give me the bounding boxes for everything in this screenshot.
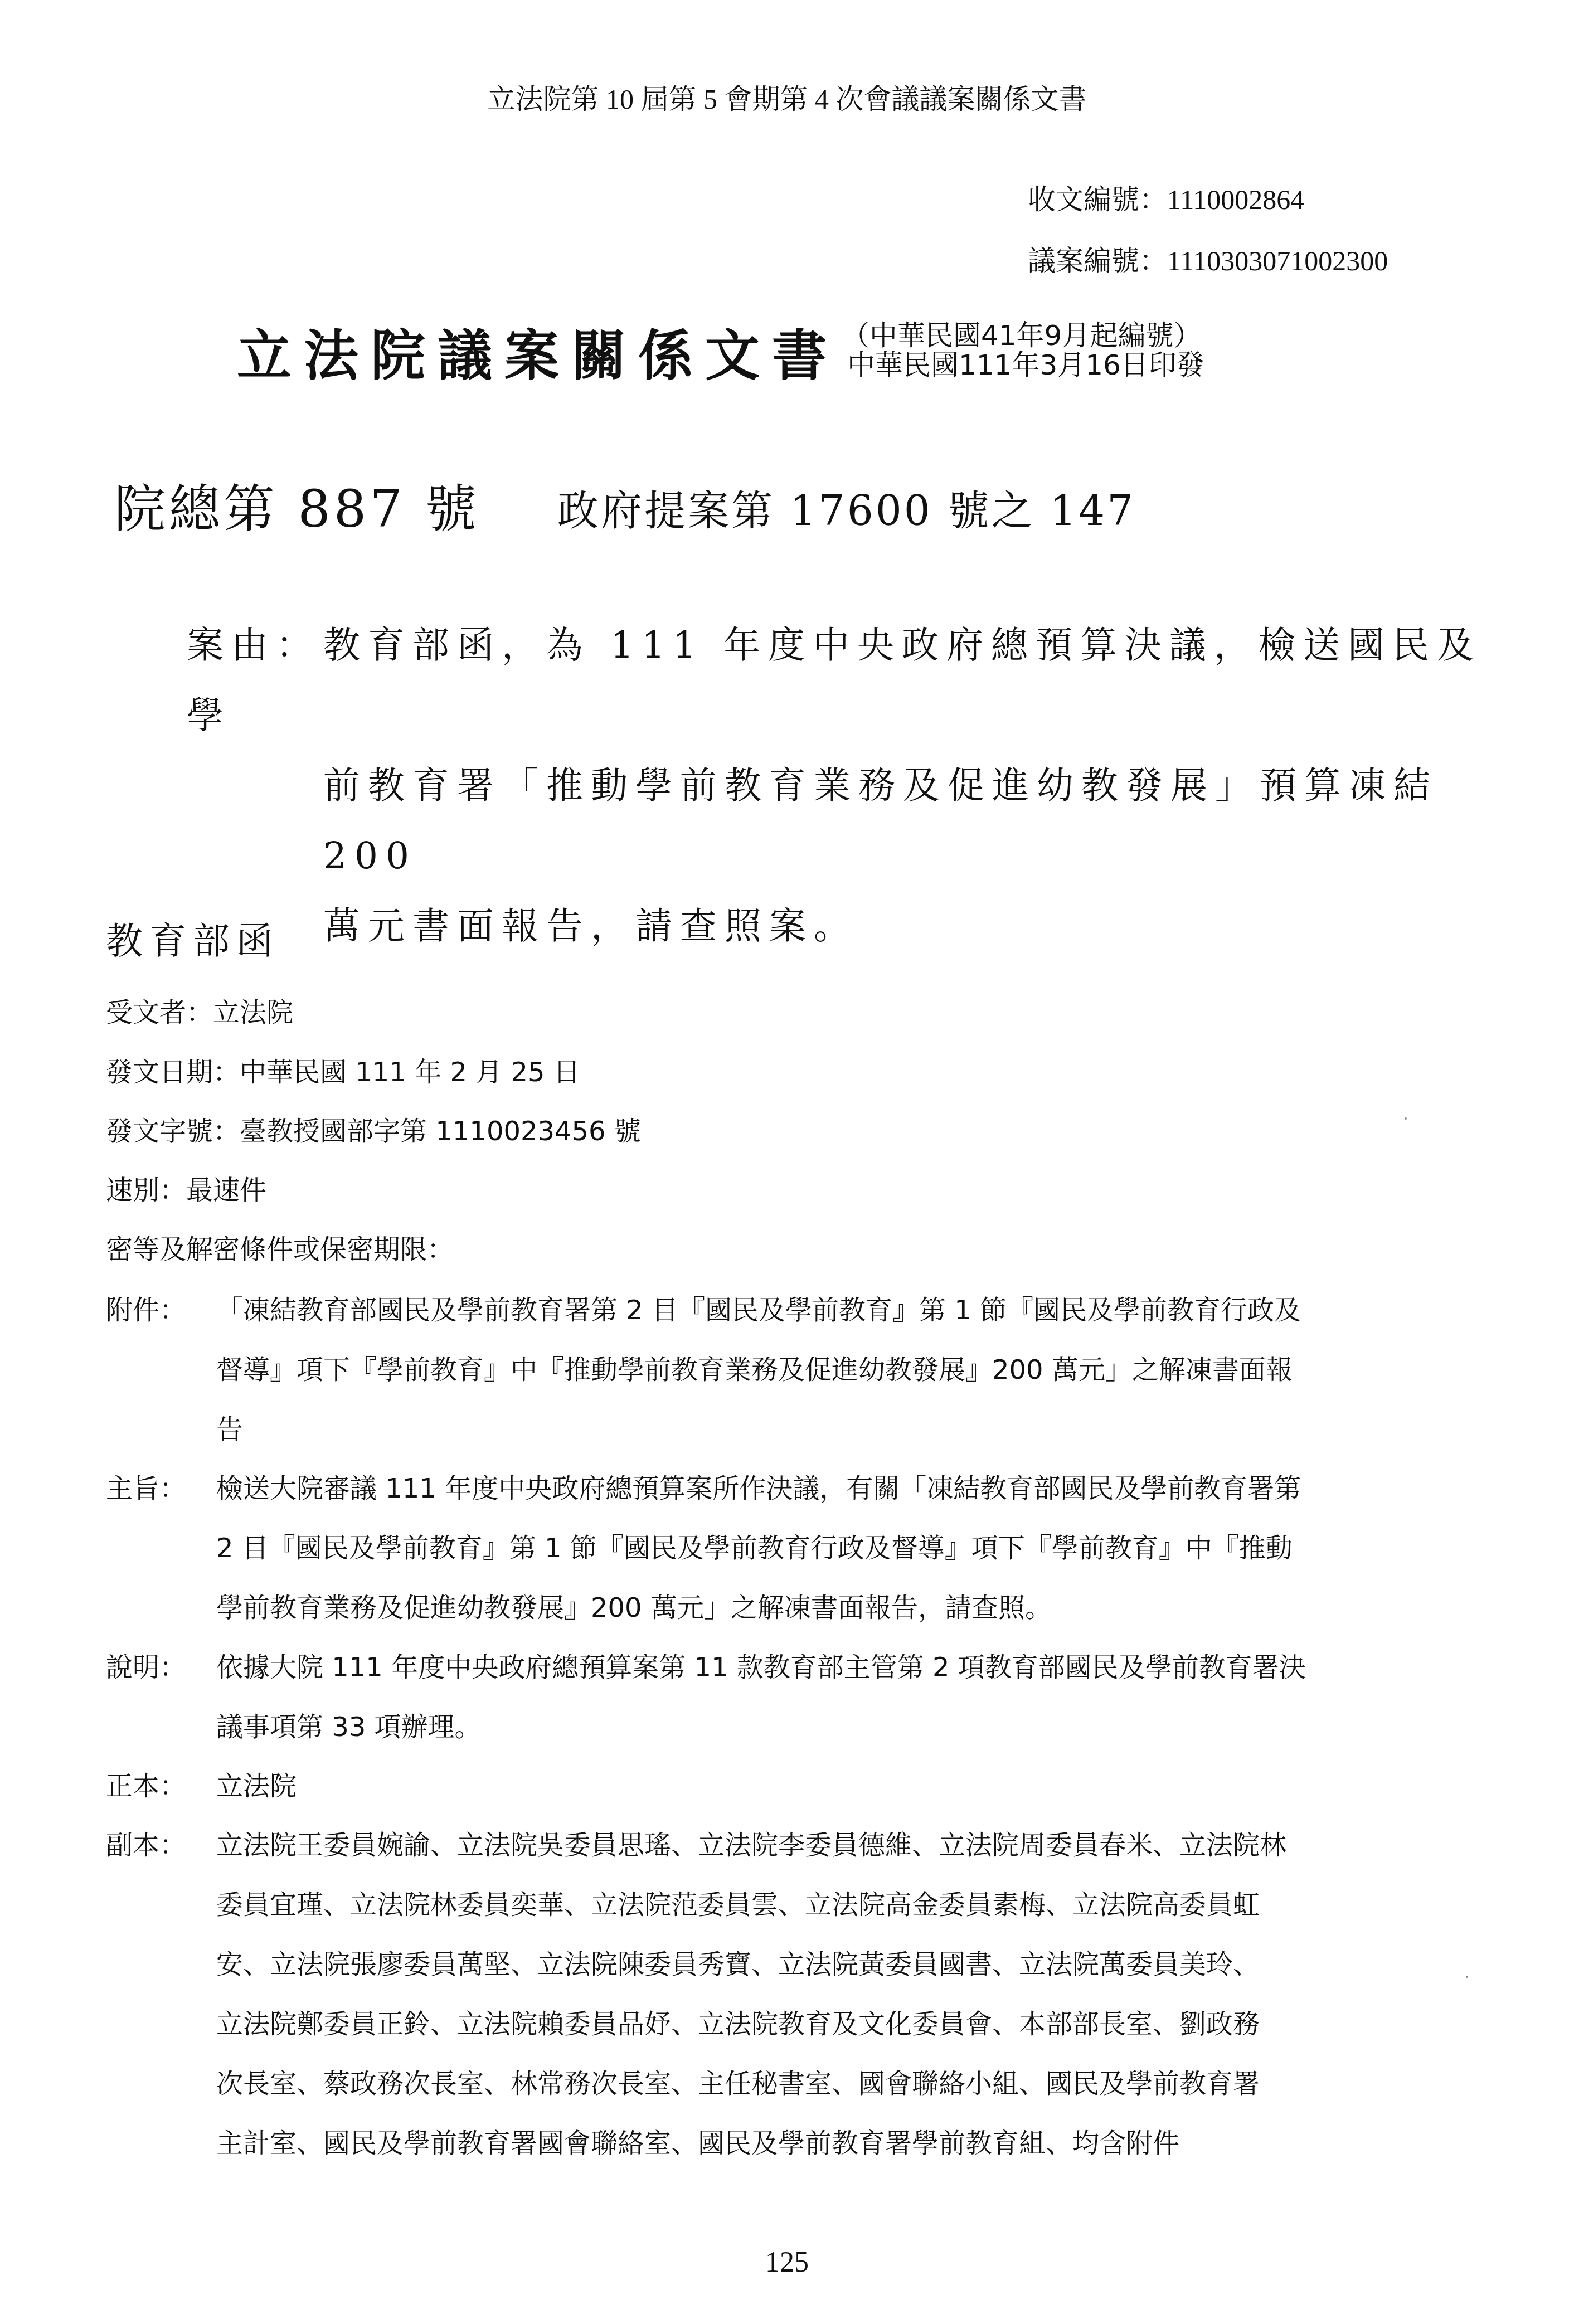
- subject-line: 2 目『國民及學前教育』第 1 節『國民及學前教育行政及督導』項下『學前教育』中…: [216, 1519, 1522, 1578]
- case-reason: 案由：教育部函，為 111 年度中央政府總預算決議，檢送國民及學 前教育署「推動…: [187, 610, 1513, 961]
- copies-line: 主計室、國民及學前教育署國會聯絡室、國民及學前教育署學前教育組、均含附件: [216, 2114, 1522, 2174]
- general-number: 院總第 887 號: [114, 468, 480, 542]
- explanation-label: 說明：: [106, 1638, 186, 1698]
- copies-block: 副本： 立法院王委員婉諭、立法院吳委員思瑤、立法院李委員德維、立法院周委員春米、…: [106, 1816, 1522, 2174]
- case-reason-line: 萬元書面報告，請查照案。: [187, 891, 1513, 961]
- letter-heading: 教育部函: [106, 911, 280, 964]
- case-reason-line: 前教育署「推動學前教育業務及促進幼教發展」預算凍結 200: [187, 751, 1513, 891]
- original-label: 正本：: [106, 1757, 186, 1816]
- receipt-number-value: 1110002864: [1167, 184, 1304, 215]
- document-title: 立法院議案關係文書: [237, 312, 839, 391]
- copies-label: 副本：: [106, 1816, 186, 1875]
- copies-line: 立法院王委員婉諭、立法院吳委員思瑤、立法院李委員德維、立法院周委員春米、立法院林: [216, 1816, 1522, 1875]
- print-date: 中華民國111年3月16日印發: [847, 343, 1204, 383]
- original-line: 立法院: [216, 1757, 1522, 1816]
- receipt-number-label: 收文編號：: [1028, 184, 1167, 215]
- case-reason-line: 教育部函，為 111 年度中央政府總預算決議，檢送國民及學: [187, 624, 1481, 737]
- government-proposal-number: 政府提案第 17600 號之 147: [557, 478, 1135, 537]
- subject-block: 主旨： 檢送大院審議 111 年度中央政府總預算案所作決議，有關「凍結教育部國民…: [106, 1459, 1522, 1638]
- copies-line: 委員宜瑾、立法院林委員奕華、立法院范委員雲、立法院高金委員素梅、立法院高委員虹: [216, 1875, 1522, 1935]
- attachment-label: 附件：: [106, 1281, 186, 1340]
- subject-line: 學前教育業務及促進幼教發展』200 萬元」之解凍書面報告，請查照。: [216, 1578, 1522, 1638]
- case-reason-label: 案由：: [187, 610, 323, 680]
- issue-date-field: 發文日期：中華民國 111 年 2 月 25 日: [106, 1043, 580, 1101]
- attachment-line: 督導』項下『學前教育』中『推動學前教育業務及促進幼教發展』200 萬元」之解凍書…: [216, 1340, 1522, 1400]
- copies-line: 次長室、蔡政務次長室、林常務次長室、主任秘書室、國會聯絡小組、國民及學前教育署: [216, 2054, 1522, 2114]
- attachment-line: 告: [216, 1400, 1522, 1460]
- receipt-number: 收文編號：1110002864: [1028, 177, 1304, 217]
- bill-number-label: 議案編號：: [1028, 245, 1167, 276]
- recipient-field: 受文者：立法院: [106, 984, 293, 1042]
- explanation-line: 議事項第 33 項辦理。: [216, 1698, 1522, 1757]
- original-recipient-block: 正本： 立法院: [106, 1757, 1522, 1816]
- subject-line: 檢送大院審議 111 年度中央政府總預算案所作決議，有關「凍結教育部國民及學前教…: [216, 1459, 1522, 1519]
- copies-line: 安、立法院張廖委員萬堅、立法院陳委員秀寶、立法院黃委員國書、立法院萬委員美玲、: [216, 1935, 1522, 1995]
- bill-number-value: 1110303071002300: [1167, 245, 1388, 276]
- attachment-line: 「凍結教育部國民及學前教育署第 2 目『國民及學前教育』第 1 節『國民及學前教…: [216, 1281, 1522, 1340]
- explanation-block: 說明： 依據大院 111 年度中央政府總預算案第 11 款教育部主管第 2 項教…: [106, 1638, 1522, 1757]
- urgency-field: 速別：最速件: [106, 1161, 266, 1219]
- scan-artifact: [1405, 1117, 1407, 1120]
- scan-artifact: [1466, 1976, 1468, 1978]
- issue-reference-field: 發文字號：臺教授國部字第 1110023456 號: [106, 1102, 641, 1160]
- subject-label: 主旨：: [106, 1459, 186, 1519]
- classification-field: 密等及解密條件或保密期限：: [106, 1221, 454, 1278]
- bill-number: 議案編號：1110303071002300: [1028, 239, 1388, 279]
- copies-line: 立法院鄭委員正鈴、立法院賴委員品妤、立法院教育及文化委員會、本部部長室、劉政務: [216, 1995, 1522, 2054]
- page-number: 125: [0, 2246, 1574, 2279]
- explanation-line: 依據大院 111 年度中央政府總預算案第 11 款教育部主管第 2 項教育部國民…: [216, 1638, 1522, 1698]
- attachment-block: 附件： 「凍結教育部國民及學前教育署第 2 目『國民及學前教育』第 1 節『國民…: [106, 1281, 1522, 1460]
- running-header: 立法院第 10 屆第 5 會期第 4 次會議議案關係文書: [0, 77, 1574, 117]
